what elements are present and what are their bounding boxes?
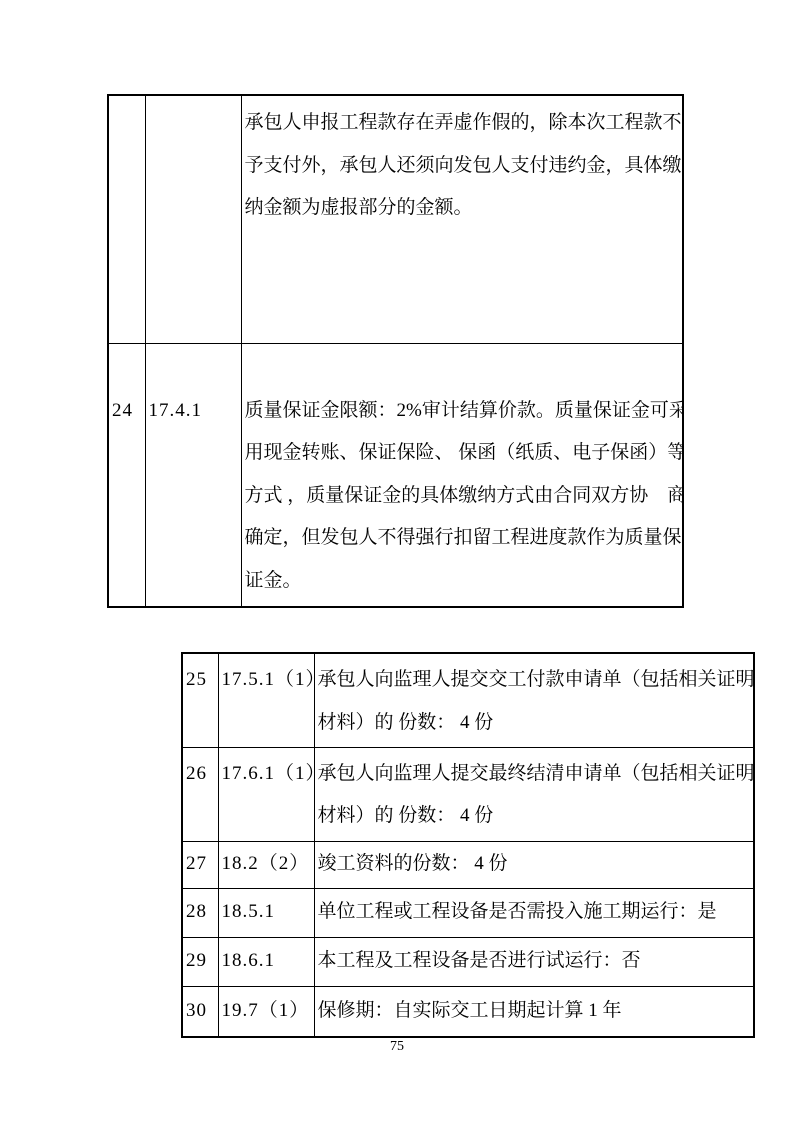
- row-number-cell: 29: [182, 937, 218, 986]
- clause-text-cell: 保修期：自实际交工日期起计算 1 年: [314, 986, 754, 1037]
- table-row: 30 19.7（1） 保修期：自实际交工日期起计算 1 年: [182, 986, 754, 1037]
- row-number-cell: 26: [182, 747, 218, 841]
- table-row: 27 18.2（2） 竣工资料的份数： 4 份: [182, 841, 754, 888]
- table-row: 承包人申报工程款存在弄虚作假的，除本次工程款不 予支付外，承包人还须向发包人支付…: [108, 95, 683, 343]
- clause-text-cell: 竣工资料的份数： 4 份: [314, 841, 754, 888]
- clause-number-cell: 18.6.1: [218, 937, 314, 986]
- table-row: 24 17.4.1 质量保证金限额：2%审计结算价款。质量保证金可采 用现金转账…: [108, 343, 683, 607]
- clause-text-cell: 承包人向监理人提交最终结清申请单（包括相关证明 材料）的 份数： 4 份: [314, 747, 754, 841]
- row-number-cell: 25: [182, 653, 218, 747]
- clause-number-cell: 17.5.1（1）: [218, 653, 314, 747]
- clause-number-cell: [145, 95, 241, 343]
- clause-text-cell: 本工程及工程设备是否进行试运行：否: [314, 937, 754, 986]
- table-row: 26 17.6.1（1） 承包人向监理人提交最终结清申请单（包括相关证明 材料）…: [182, 747, 754, 841]
- clause-number-cell: 17.4.1: [145, 343, 241, 607]
- page-number: 75: [0, 1038, 794, 1056]
- document-page: 承包人申报工程款存在弄虚作假的，除本次工程款不 予支付外，承包人还须向发包人支付…: [0, 0, 794, 1122]
- contract-clauses-table-upper: 承包人申报工程款存在弄虚作假的，除本次工程款不 予支付外，承包人还须向发包人支付…: [107, 94, 684, 608]
- table-row: 29 18.6.1 本工程及工程设备是否进行试运行：否: [182, 937, 754, 986]
- clause-number-cell: 17.6.1（1）: [218, 747, 314, 841]
- clause-text-cell: 单位工程或工程设备是否需投入施工期运行：是: [314, 888, 754, 937]
- clause-number-cell: 19.7（1）: [218, 986, 314, 1037]
- row-number-cell: 30: [182, 986, 218, 1037]
- table-row: 28 18.5.1 单位工程或工程设备是否需投入施工期运行：是: [182, 888, 754, 937]
- clause-text-cell: 质量保证金限额：2%审计结算价款。质量保证金可采 用现金转账、保证保险、 保函（…: [241, 343, 683, 607]
- contract-clauses-table-lower: 25 17.5.1（1） 承包人向监理人提交交工付款申请单（包括相关证明 材料）…: [181, 652, 755, 1038]
- row-number-cell: 28: [182, 888, 218, 937]
- row-number-cell: [108, 95, 145, 343]
- row-number-cell: 27: [182, 841, 218, 888]
- clause-number-cell: 18.2（2）: [218, 841, 314, 888]
- row-number-cell: 24: [108, 343, 145, 607]
- clause-number-cell: 18.5.1: [218, 888, 314, 937]
- clause-text-cell: 承包人向监理人提交交工付款申请单（包括相关证明 材料）的 份数： 4 份: [314, 653, 754, 747]
- table-row: 25 17.5.1（1） 承包人向监理人提交交工付款申请单（包括相关证明 材料）…: [182, 653, 754, 747]
- clause-text-cell: 承包人申报工程款存在弄虚作假的，除本次工程款不 予支付外，承包人还须向发包人支付…: [241, 95, 683, 343]
